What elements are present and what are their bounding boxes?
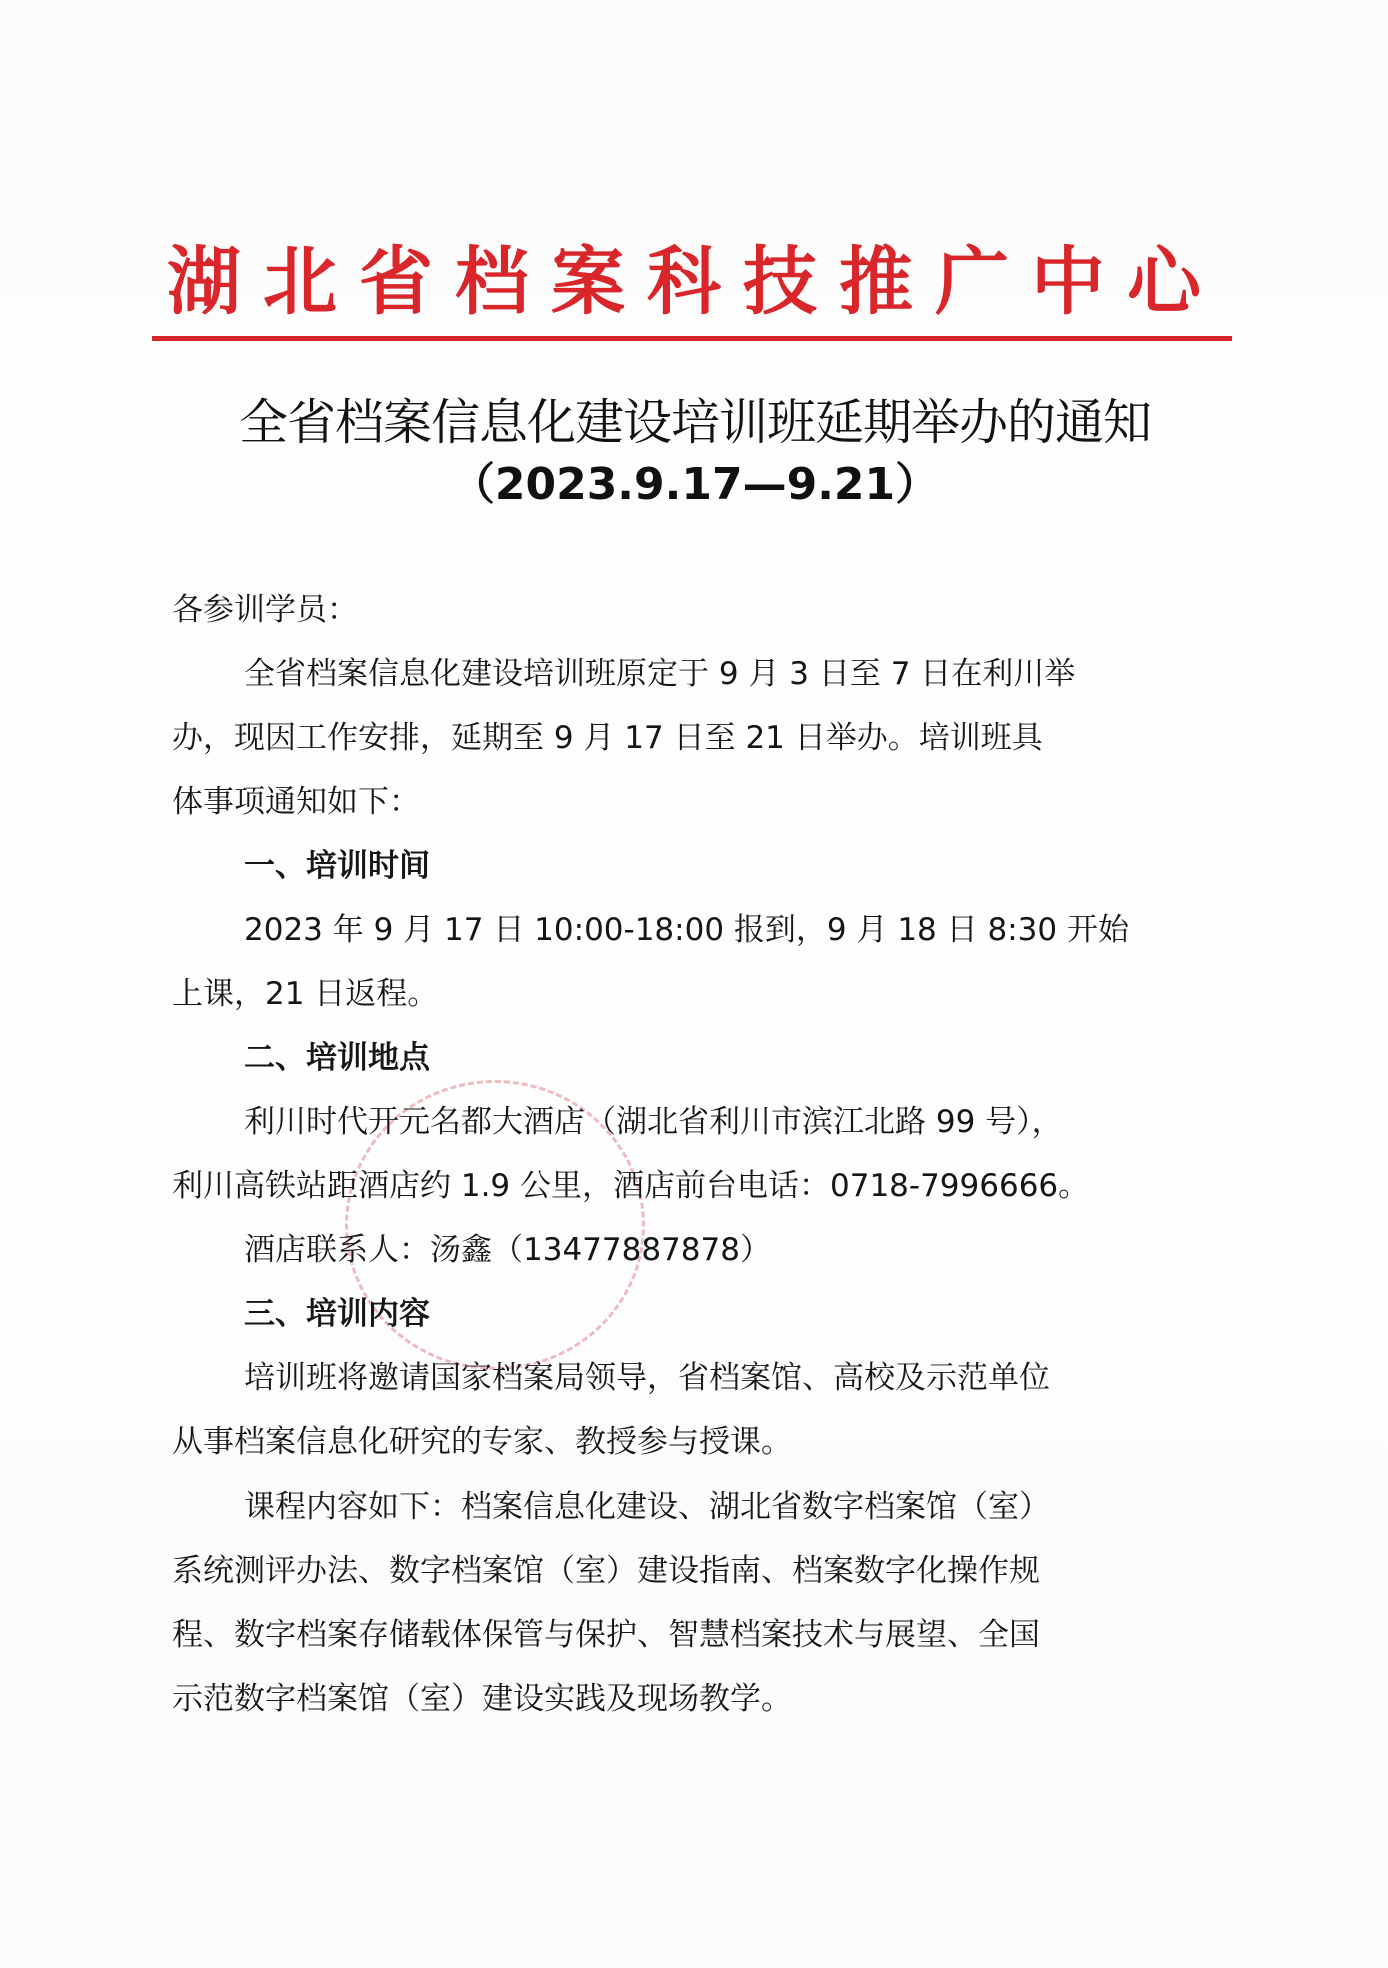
document-title: 全省档案信息化建设培训班延期举办的通知 bbox=[180, 392, 1210, 454]
course-line: 程、数字档案存储载体保管与保护、智慧档案技术与展望、全国 bbox=[172, 1603, 1182, 1667]
course-line: 系统测评办法、数字档案馆（室）建设指南、档案数字化操作规 bbox=[172, 1539, 1182, 1603]
section-training-location: 二、培训地点 利川时代开元名都大酒店（湖北省利川市滨江北路 99 号）， 利川高… bbox=[172, 1026, 1182, 1282]
intro-line: 办，现因工作安排，延期至 9 月 17 日至 21 日举办。培训班具 bbox=[172, 706, 1182, 770]
document-date-range: （2023.9.17—9.21） bbox=[180, 455, 1210, 515]
letterhead-red-rule bbox=[152, 336, 1232, 341]
section-heading: 二、培训地点 bbox=[172, 1026, 1182, 1090]
letterhead-organization: 湖北省档案科技推广中心 bbox=[150, 232, 1240, 332]
section-training-content: 三、培训内容 培训班将邀请国家档案局领导，省档案馆、高校及示范单位 从事档案信息… bbox=[172, 1282, 1182, 1474]
section-line: 2023 年 9 月 17 日 10:00-18:00 报到，9 月 18 日 … bbox=[172, 898, 1182, 962]
course-line: 课程内容如下：档案信息化建设、湖北省数字档案馆（室） bbox=[172, 1475, 1182, 1539]
section-line: 培训班将邀请国家档案局领导，省档案馆、高校及示范单位 bbox=[172, 1346, 1182, 1410]
section-line: 利川时代开元名都大酒店（湖北省利川市滨江北路 99 号）， bbox=[172, 1090, 1182, 1154]
section-heading: 三、培训内容 bbox=[172, 1282, 1182, 1346]
hotel-contact-line: 酒店联系人：汤鑫（13477887878） bbox=[172, 1218, 1182, 1282]
salutation: 各参训学员： bbox=[172, 578, 1182, 642]
section-line: 上课，21 日返程。 bbox=[172, 962, 1182, 1026]
intro-line: 全省档案信息化建设培训班原定于 9 月 3 日至 7 日在利川举 bbox=[172, 642, 1182, 706]
section-line: 利川高铁站距酒店约 1.9 公里，酒店前台电话：0718-7996666。 bbox=[172, 1154, 1182, 1218]
course-content-paragraph: 课程内容如下：档案信息化建设、湖北省数字档案馆（室） 系统测评办法、数字档案馆（… bbox=[172, 1475, 1182, 1731]
section-heading: 一、培训时间 bbox=[172, 834, 1182, 898]
intro-line: 体事项通知如下： bbox=[172, 770, 1182, 834]
section-line: 从事档案信息化研究的专家、教授参与授课。 bbox=[172, 1410, 1182, 1474]
document-page: 湖北省档案科技推广中心 全省档案信息化建设培训班延期举办的通知 （2023.9.… bbox=[0, 0, 1388, 1968]
intro-paragraph: 全省档案信息化建设培训班原定于 9 月 3 日至 7 日在利川举 办，现因工作安… bbox=[172, 642, 1182, 834]
course-line: 示范数字档案馆（室）建设实践及现场教学。 bbox=[172, 1667, 1182, 1731]
section-training-time: 一、培训时间 2023 年 9 月 17 日 10:00-18:00 报到，9 … bbox=[172, 834, 1182, 1026]
